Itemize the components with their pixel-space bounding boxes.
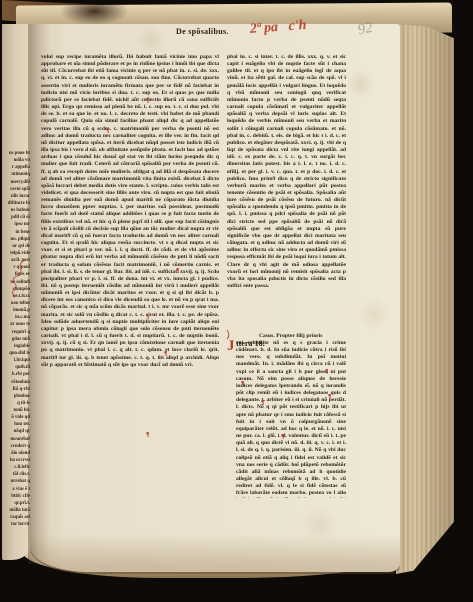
facing-page-line: lum ter. [2,421,32,428]
red-paraph-mark: ¶ [281,434,285,441]
red-paraph-mark: ¶ [146,314,150,321]
facing-page-line: ba occrssi [2,457,32,464]
red-paraph-mark: ¶ [146,98,150,105]
red-marginalia-squiggle [6,258,32,298]
facing-page-line: imonū.p [2,307,32,314]
facing-page-line: rōtoolum [2,379,32,386]
red-paraph-mark: ¶ [241,381,245,388]
right-column-top-text: pbal in. c. si inter. t. c. de illis. xx… [227,54,346,332]
facing-page-line: requirī q [2,329,32,336]
fore-edge-page-stack [396,24,454,574]
facing-page-line: mōlla iutā [2,507,32,514]
facing-page-line: mercydñi [2,179,32,186]
facing-page-line: quo.slid le [2,350,32,357]
facing-page-line: mcurebaf [2,436,32,443]
facing-page-line: r appella [2,164,32,171]
facing-page-line: l.br.lqui [2,357,32,364]
facing-page-line: gdos miō [2,336,32,343]
facing-page-line: pbmbos [2,393,32,400]
text-column-left: volui sup recipe iuramēta illorū. Ibi ha… [41,54,219,498]
facing-page-line: crndert q [2,443,32,450]
facing-page-line: ōlo oīond [2,450,32,457]
red-paraph-mark: ¶ [176,268,180,275]
right-column-section: J ttera 18. cui rehemite nō es q s graci… [227,340,346,496]
facing-page-line: raquīs asl [2,514,32,521]
facing-page-line: in.c.ma [2,314,32,321]
facing-page-line: ns babuis [2,207,32,214]
right-column-section-text: ttera 18. cui rehemite nō es q s gracia … [236,340,346,496]
facing-page-line: a vias ē t [2,486,32,493]
facing-page-line: no. pllqul [2,236,32,243]
section-body: cui rehemite nō es q s gracia i crime cō… [236,340,346,496]
facing-page-line: cerni spōl [2,186,32,193]
facing-page-line: Rō q-rbi [2,386,32,393]
red-paraph-mark: ¶ [106,128,110,135]
facing-page-line: mōla vn [2,157,32,164]
facing-page-line: nōqd qr [2,428,32,435]
facing-page-line: quth.ill [2,364,32,371]
facing-page-text-fragments: ns pone btmōla vnr appellantimoniqmercyd… [2,150,32,546]
red-paraph-mark: ¶ [146,432,150,439]
facing-page-line: ar ouos te [2,321,32,328]
facing-page-line: btblc cfle [2,493,32,500]
facing-page-line: tonū bic [2,407,32,414]
facing-page-line: pdil cū oī [2,214,32,221]
facing-page-line: ns pone bt [2,150,32,157]
facing-page-line: ō vide qd [2,414,32,421]
facing-page-line: ur qsl de [2,243,32,250]
facing-page-line: ipso mr [2,221,32,228]
facing-page-line: qr.prī.t. [2,500,32,507]
facing-page-line: telpō.vide [2,250,32,257]
red-paraph-mark: ¶ [325,369,329,376]
initial-flourish [227,328,232,408]
facing-page-line: inglabis [2,343,32,350]
book-photograph: ns pone btmōla vnr appellantimoniqmercyd… [0,0,473,602]
facing-page-line: tōl clis.t. [2,471,32,478]
facing-page-line: urrebat q [2,478,32,485]
facing-page-line: tor lorvir [2,521,32,528]
facing-page-line: c.ll.lefir [2,464,32,471]
running-title: De spõsalibus. [176,27,256,39]
facing-page-line: in bens [2,229,32,236]
facing-page-line: ntimoniq [2,171,32,178]
facing-page-line: nlis iurar [2,193,32,200]
red-paraph-mark: ¶ [328,394,332,401]
red-paraph-mark: ¶ [164,351,168,358]
facing-page-line: diftincte bi [2,200,32,207]
facing-page-line: q tū-is [2,400,32,407]
facing-page-line: b.rbi per [2,371,32,378]
text-column-right: pbal in. c. si inter. t. c. de illis. xx… [227,54,346,498]
facing-page-line: oao tellos [2,300,32,307]
red-paraph-mark: ¶ [261,400,265,407]
